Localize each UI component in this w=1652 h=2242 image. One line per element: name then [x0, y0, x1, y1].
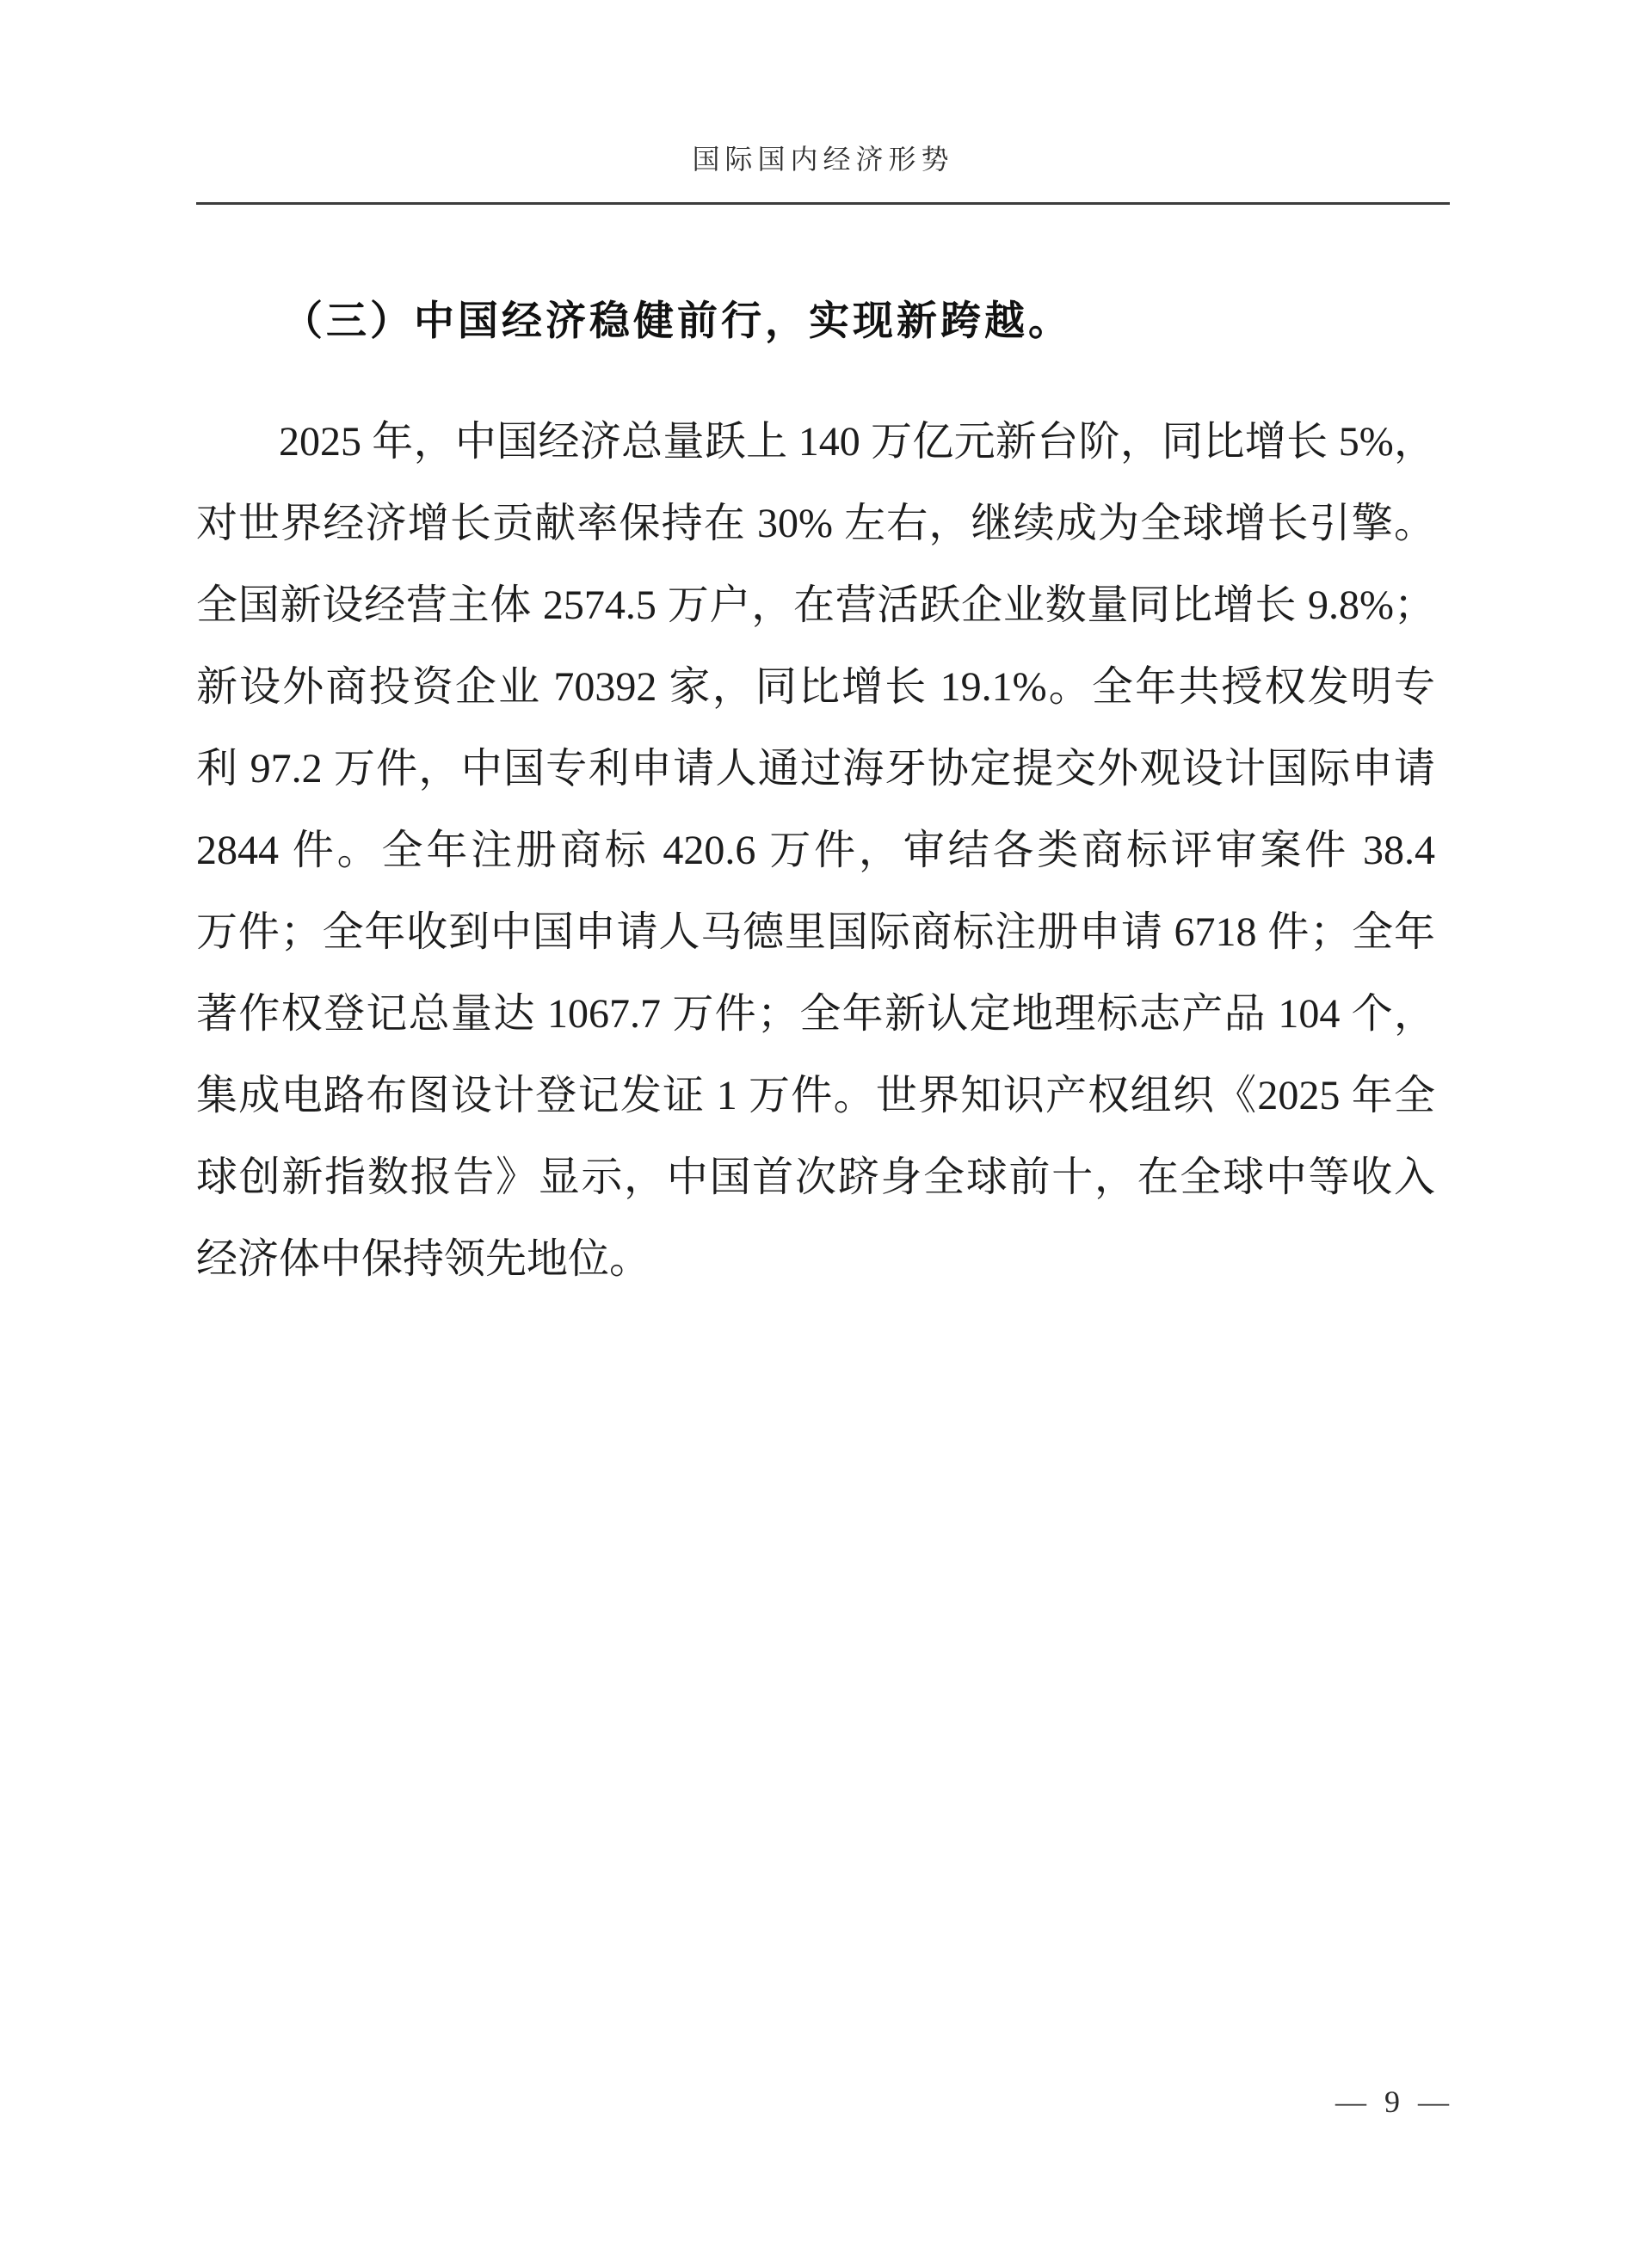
- body-paragraph: 2025 年，中国经济总量跃上 140 万亿元新台阶，同比增长 5%， 对世界经…: [196, 401, 1435, 1300]
- paragraph-line: 2844 件。全年注册商标 420.6 万件，审结各类商标评审案件 38.4: [196, 810, 1435, 891]
- paragraph-line: 2025 年，中国经济总量跃上 140 万亿元新台阶，同比增长 5%，: [196, 401, 1435, 483]
- paragraph-line: 球创新指数报告》显示，中国首次跻身全球前十，在全球中等收入: [196, 1136, 1435, 1218]
- paragraph-line: 利 97.2 万件，中国专利申请人通过海牙协定提交外观设计国际申请: [196, 728, 1435, 810]
- paragraph-line: 全国新设经营主体 2574.5 万户，在营活跃企业数量同比增长 9.8%；: [196, 564, 1435, 646]
- paragraph-line: 经济体中保持领先地位。: [196, 1218, 1435, 1300]
- running-header: 国际国内经济形势: [196, 138, 1450, 177]
- page-number: — 9 —: [1335, 2084, 1454, 2120]
- running-header-title: 国际国内经济形势: [692, 144, 953, 175]
- document-page: 国际国内经济形势 （三）中国经济稳健前行，实现新跨越。 2025 年，中国经济总…: [0, 0, 1652, 2242]
- paragraph-line: 集成电路布图设计登记发证 1 万件。世界知识产权组织《2025 年全: [196, 1055, 1435, 1136]
- section-heading: （三）中国经济稳健前行，实现新跨越。: [196, 299, 1450, 343]
- paragraph-line: 著作权登记总量达 1067.7 万件；全年新认定地理标志产品 104 个，: [196, 973, 1435, 1055]
- header-rule: [196, 202, 1450, 205]
- paragraph-line: 对世界经济增长贡献率保持在 30% 左右，继续成为全球增长引擎。: [196, 483, 1435, 564]
- paragraph-line: 新设外商投资企业 70392 家，同比增长 19.1%。全年共授权发明专: [196, 646, 1435, 728]
- paragraph-line: 万件；全年收到中国申请人马德里国际商标注册申请 6718 件；全年: [196, 891, 1435, 973]
